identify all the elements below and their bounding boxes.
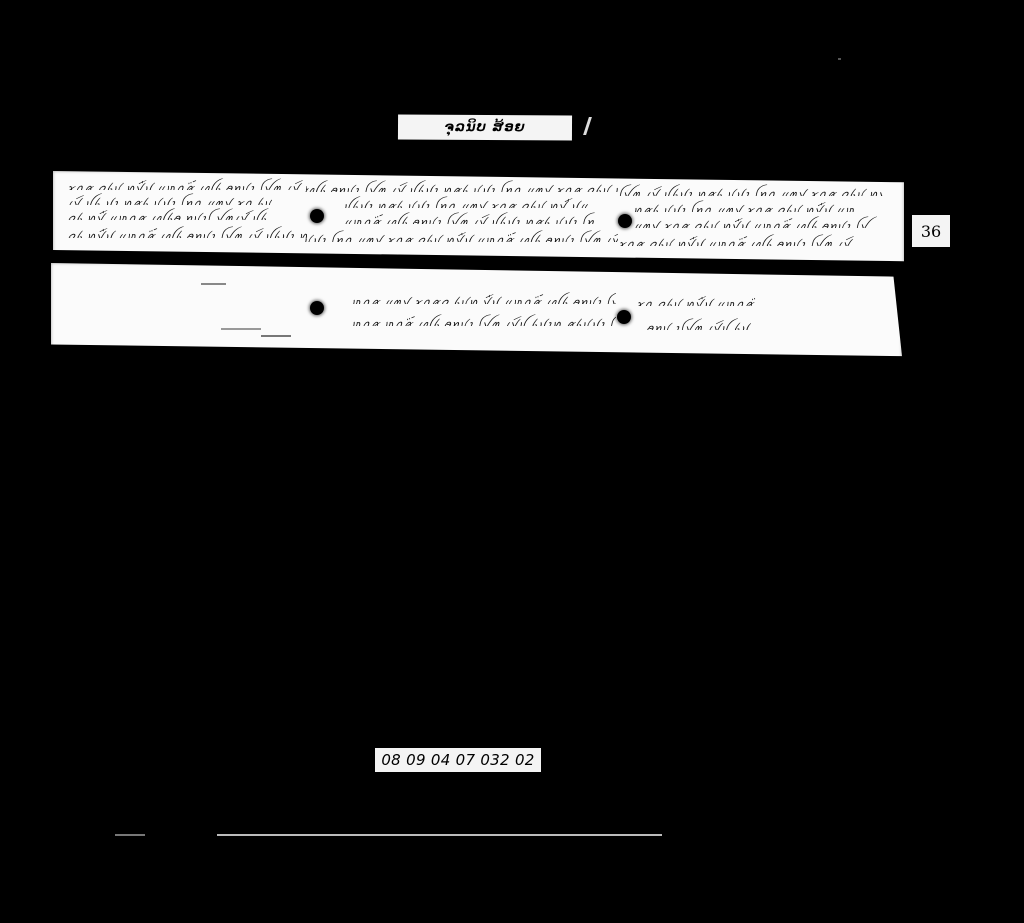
leaf-blemish	[201, 283, 226, 285]
manuscript-line: ꪎꪒ ꪖꪉꪙ ꪭꪚꪸꪣ ꪵꪬꪒꪁ ꪾꪹꪏꪉ	[636, 293, 756, 306]
scan-artifact-line	[115, 834, 145, 836]
manuscript-line: ꪖꪉ ꪭꪚꪸꪣ ꪵꪬꪒꪁꪾ ꪹꪏꪉ ꪮꪀꪙꪱ ꪶꪜꪔ ꪹꪚꪷ ꪊꪉꪣꪱ ꪭꪁꪉ …	[67, 225, 307, 238]
manuscript-line: ꪎꪒꪁ ꪖꪉꪙ ꪭꪚꪸꪣ ꪵꪬꪒꪁꪾ ꪹꪏꪉ ꪮꪀꪙꪱ ꪶꪜꪔ ꪹꪚꪷ	[618, 233, 883, 246]
archive-number-label: 08 09 04 07 032 02	[375, 748, 541, 772]
manuscript-line: ꪭꪁꪉ ꪙꪣꪱ ꪶꪀꪒ ꪵꪔꪚ ꪎꪒꪁ ꪖꪉꪙ ꪭꪚꪸꪣ ꪵꪬ	[633, 199, 863, 212]
scan-artifact-line	[217, 834, 662, 836]
title-label: ຈຸລນິບ ສ້ອຍ	[398, 115, 572, 141]
manuscript-line: ꪹꪚꪷ ꪊꪉ ꪣꪱ ꪭꪁꪉ ꪙꪣꪱ ꪶꪀꪒ ꪵꪔꪚ ꪎꪒ ꪉꪙ ꪭꪚꪸ	[67, 192, 272, 205]
scan-artifact-tick	[583, 117, 592, 135]
manuscript-line: ꪬꪒꪁ ꪵꪔꪚ ꪎꪒꪁꪖ ꪉꪙꪭ ꪚꪸꪣ ꪵꪬꪒꪁꪾ ꪹꪏꪉ ꪮꪀꪙꪱ ꪶꪜꪔ …	[351, 291, 616, 304]
manuscript-line: ꪵꪬꪒꪁꪾ ꪹꪏꪉ ꪮꪀꪙꪱ ꪶꪜꪔ ꪹꪚꪷ ꪊꪉꪣꪱ ꪭꪁꪉ ꪙꪣꪱ ꪶꪀ	[343, 211, 608, 224]
binding-hole-left	[310, 209, 324, 223]
binding-hole-right	[618, 214, 632, 228]
manuscript-line: ꪵꪔꪚ ꪎꪒꪁ ꪖꪉꪙ ꪭꪚꪸꪣ ꪵꪬꪒꪁꪾ ꪹꪏꪉ ꪮꪀꪙꪱ ꪶꪜ	[633, 215, 883, 228]
palm-leaf-bottom: ꪬꪒꪁ ꪵꪔꪚ ꪎꪒꪁꪖ ꪉꪙꪭ ꪚꪸꪣ ꪵꪬꪒꪁꪾ ꪹꪏꪉ ꪮꪀꪙꪱ ꪶꪜꪔ …	[51, 263, 902, 360]
manuscript-line: ꪎꪒꪁ ꪖꪉꪙ ꪭꪚꪸꪣ ꪵꪬꪒꪁꪾ ꪹꪏꪉ ꪮꪀꪙꪱ ꪶꪜꪔ ꪹꪚꪷ ꪊꪉꪣꪱ…	[67, 177, 307, 190]
manuscript-line: ꪮꪀꪙ ꪱꪶꪜꪔ ꪹꪚꪷꪊ ꪉꪣꪱ	[646, 317, 751, 330]
leaf-blemish	[261, 335, 291, 337]
manuscript-line: ꪬꪒꪁ ꪬꪒꪁꪾ ꪹꪏꪉ ꪮꪀꪙꪱ ꪶꪜꪔ ꪹꪚꪷꪊ ꪉꪣꪱꪭ ꪁꪉꪙꪣꪱ ꪶꪀ…	[351, 313, 616, 326]
manuscript-line: ꪶꪜꪔ ꪹꪚꪷ ꪊꪉꪣꪱ ꪭꪁꪉ ꪙꪣꪱ ꪶꪀꪒ ꪵꪔꪚ ꪎꪒꪁ ꪖꪉꪙ ꪭꪚ	[618, 183, 883, 196]
page-number-label: 36	[912, 215, 950, 247]
binding-hole-right	[617, 310, 631, 324]
scan-artifact-dot	[838, 58, 841, 60]
palm-leaf-top: ꪎꪒꪁ ꪖꪉꪙ ꪭꪚꪸꪣ ꪵꪬꪒꪁꪾ ꪹꪏꪉ ꪮꪀꪙꪱ ꪶꪜꪔ ꪹꪚꪷ ꪊꪉꪣꪱ…	[53, 171, 904, 265]
leaf-blemish	[221, 328, 261, 330]
manuscript-line: ꪹꪏꪉ ꪮꪀꪙꪱ ꪶꪜꪔ ꪹꪚꪷ ꪊꪉꪣꪱ ꪭꪁꪉ ꪙꪣꪱ ꪶꪀꪒ ꪵꪔꪚ ꪎꪒ…	[303, 179, 618, 192]
manuscript-line: ꪊꪉꪣꪱ ꪭꪁꪉ ꪙꪣꪱ ꪶꪀꪒ ꪵꪔꪚ ꪎꪒꪁ ꪖꪉꪙ ꪭꪚ ꪸꪣꪵ	[343, 195, 603, 208]
manuscript-line: ꪖꪉ ꪭꪚꪸ ꪵꪬꪒꪁ ꪹꪏꪉꪮ ꪀꪙꪱꪶ ꪜꪔꪹꪚ ꪷꪊꪉ	[67, 207, 272, 220]
binding-hole-left	[310, 301, 324, 315]
manuscript-line: ꪙꪣꪱ ꪶꪀꪒ ꪵꪔꪚ ꪎꪒꪁ ꪖꪉꪙ ꪭꪚꪸꪣ ꪵꪬꪒꪁꪾ ꪹꪏꪉ ꪮꪀꪙꪱ …	[303, 229, 618, 242]
